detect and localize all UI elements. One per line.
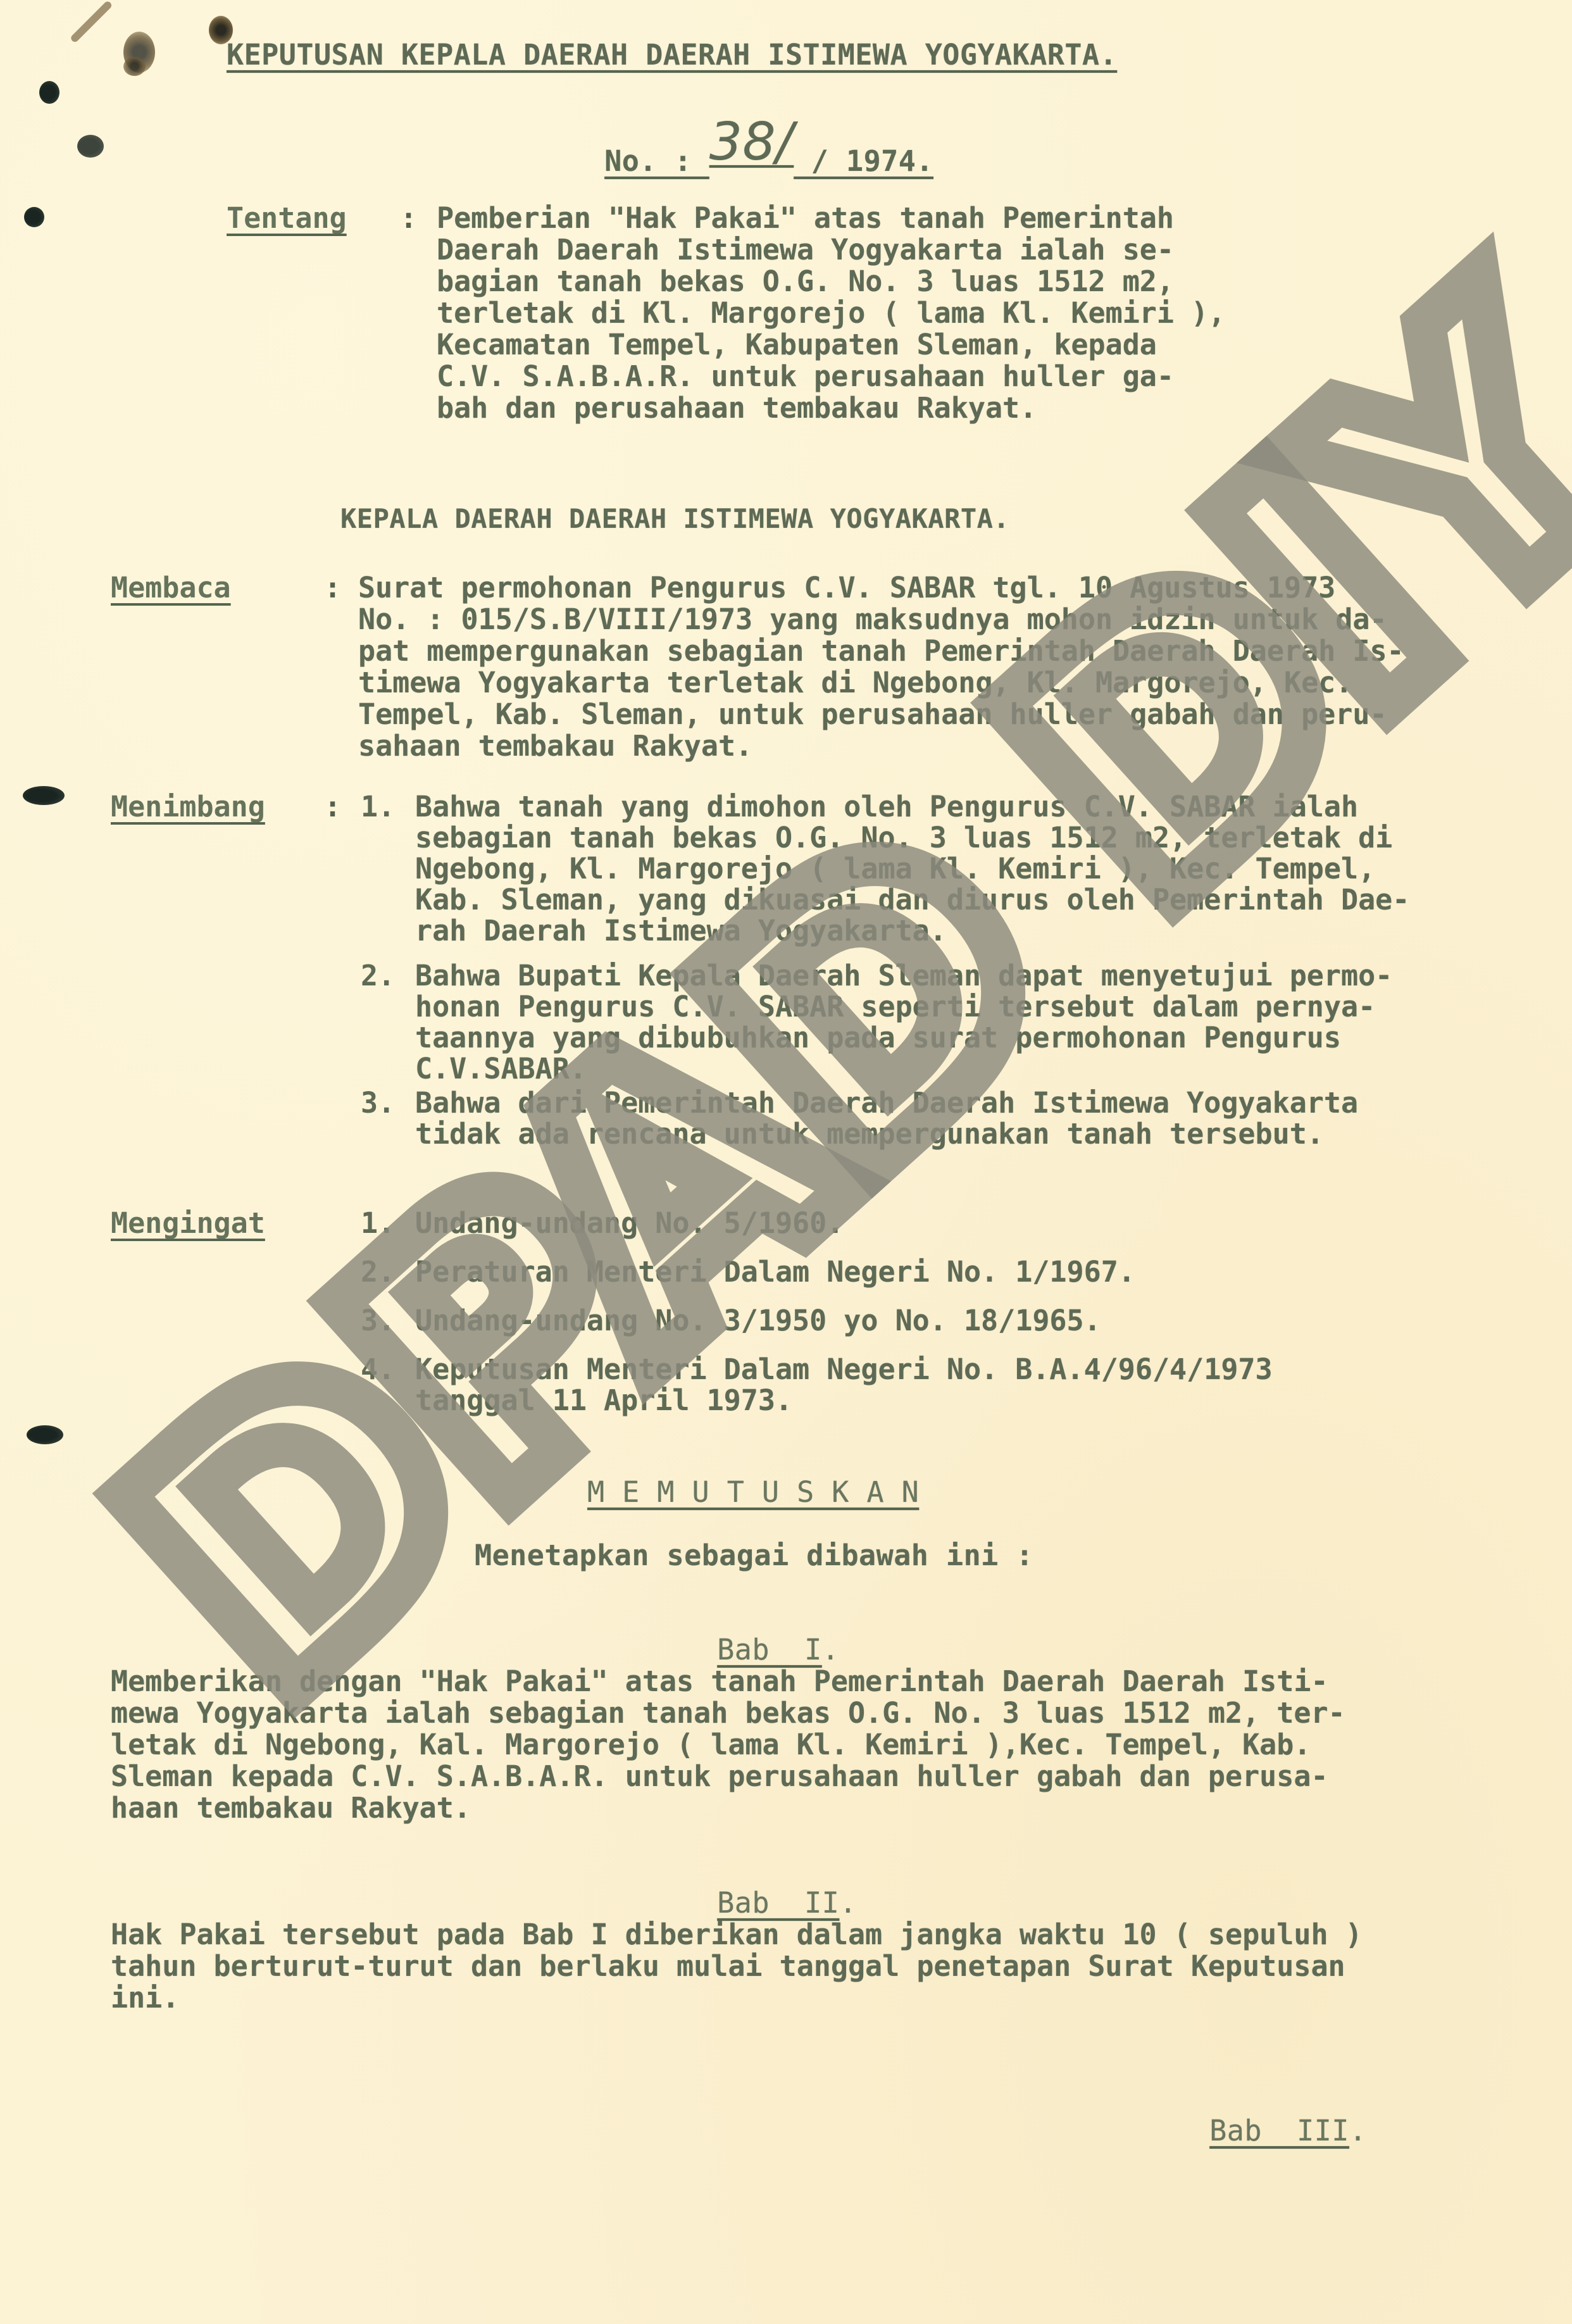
text-line: terletak di Kl. Margorejo ( lama Kl. Kem… [437, 297, 1225, 329]
text-line: C.V.SABAR. [415, 1053, 1392, 1084]
bab2-heading-dot: . [839, 1886, 857, 1920]
text-line: ini. [111, 1982, 1363, 2014]
handwritten-number: 38/ [709, 112, 794, 172]
list-item: Peraturan Menteri Dalam Negeri No. 1/196… [415, 1256, 1135, 1287]
list-number: 2. [361, 960, 395, 992]
text-line: C.V. S.A.B.A.R. untuk perusahaan huller … [437, 361, 1225, 392]
membaca-colon: : [324, 572, 341, 604]
text-line: Peraturan Menteri Dalam Negeri No. 1/196… [415, 1256, 1135, 1287]
text-line: sebagian tanah bekas O.G. No. 3 luas 151… [415, 822, 1409, 853]
menimbang-label: Menimbang [111, 791, 265, 823]
tentang-colon: : [400, 203, 417, 234]
mengingat-label: Mengingat [111, 1208, 265, 1239]
bab2-heading-text: Bab II [717, 1886, 839, 1920]
number-prefix: No. : [604, 144, 709, 178]
punch-mark [39, 81, 59, 104]
membaca-text: Surat permohonan Pengurus C.V. SABAR tgl… [358, 572, 1404, 762]
bab1-text: Memberikan dengan "Hak Pakai" atas tanah… [111, 1666, 1345, 1824]
text-line: pat mempergunakan sebagian tanah Pemerin… [358, 635, 1404, 667]
ink-stain [123, 57, 146, 76]
text-line: letak di Ngebong, Kal. Margorejo ( lama … [111, 1729, 1345, 1761]
membaca-label: Membaca [111, 572, 231, 604]
punch-hole [23, 786, 65, 805]
list-item: Undang-undang No. 5/1960. [415, 1208, 844, 1239]
text-line: Pemberian "Hak Pakai" atas tanah Pemerin… [437, 203, 1225, 234]
text-line: Undang-undang No. 3/1950 yo No. 18/1965. [415, 1305, 1101, 1336]
bab2-heading: Bab II. [682, 1856, 857, 1919]
number-year: / 1974. [794, 144, 933, 178]
list-number: 4. [361, 1354, 395, 1385]
text-line: Memberikan dengan "Hak Pakai" atas tanah… [111, 1666, 1345, 1697]
text-line: Bahwa tanah yang dimohon oleh Pengurus C… [415, 791, 1409, 822]
text-line: Bahwa dari Pemerintah Daerah Daerah Isti… [415, 1087, 1358, 1118]
list-item: Bahwa Bupati Kepala Daerah Sleman dapat … [415, 960, 1392, 1084]
punch-mark [77, 135, 104, 158]
text-line: mewa Yogyakarta ialah sebagian tanah bek… [111, 1697, 1345, 1729]
text-line: timewa Yogyakarta terletak di Ngebong, K… [358, 667, 1404, 699]
list-number: 1. [361, 1208, 395, 1239]
tentang-label: Tentang [227, 203, 347, 234]
list-item: Bahwa tanah yang dimohon oleh Pengurus C… [415, 791, 1409, 946]
bab2-text: Hak Pakai tersebut pada Bab I diberikan … [111, 1919, 1363, 2014]
bab3-heading-text: Bab III [1209, 2114, 1349, 2147]
memutuskan-heading: M E M U T U S K A N [587, 1477, 919, 1508]
text-line: Tempel, Kab. Sleman, untuk perusahaan hu… [358, 699, 1404, 730]
pencil-stroke [70, 0, 113, 44]
list-number: 2. [361, 1256, 395, 1288]
text-line: sahaan tembakau Rakyat. [358, 730, 1404, 762]
text-line: Bahwa Bupati Kepala Daerah Sleman dapat … [415, 960, 1392, 991]
text-line: Keputusan Menteri Dalam Negeri No. B.A.4… [415, 1354, 1273, 1385]
text-line: bah dan perusahaan tembakau Rakyat. [437, 392, 1225, 424]
text-line: honan Pengurus C.V. SABAR seperti terseb… [415, 991, 1392, 1022]
text-line: Sleman kepada C.V. S.A.B.A.R. untuk peru… [111, 1761, 1345, 1792]
text-line: bagian tanah bekas O.G. No. 3 luas 1512 … [437, 266, 1225, 297]
punch-hole [27, 1425, 63, 1444]
list-item: Keputusan Menteri Dalam Negeri No. B.A.4… [415, 1354, 1273, 1416]
text-line: Kecamatan Tempel, Kabupaten Sleman, kepa… [437, 329, 1225, 361]
text-line: haan tembakau Rakyat. [111, 1792, 1345, 1824]
document-title: KEPUTUSAN KEPALA DAERAH DAERAH ISTIMEWA … [227, 39, 1117, 71]
authority-heading: KEPALA DAERAH DAERAH ISTIMEWA YOGYAKARTA… [340, 503, 1009, 535]
text-line: rah Daerah Istimewa Yogyakarta. [415, 915, 1409, 946]
text-line: Hak Pakai tersebut pada Bab I diberikan … [111, 1919, 1363, 1951]
text-line: Daerah Daerah Istimewa Yogyakarta ialah … [437, 234, 1225, 266]
bab1-heading-text: Bab I [717, 1633, 822, 1666]
list-item: Bahwa dari Pemerintah Daerah Daerah Isti… [415, 1087, 1358, 1149]
text-line: Undang-undang No. 5/1960. [415, 1208, 844, 1239]
bab3-heading: Bab III. [1175, 2083, 1367, 2147]
bab1-heading: Bab I. [682, 1602, 839, 1666]
punch-mark [24, 207, 44, 227]
menetapkan-line: Menetapkan sebagai dibawah ini : [475, 1540, 1033, 1571]
decree-number: No. : 38/ / 1974. [570, 106, 933, 177]
menimbang-colon: : [324, 791, 341, 823]
text-line: No. : 015/S.B/VIII/1973 yang maksudnya m… [358, 604, 1404, 635]
text-line: Kab. Sleman, yang dikuasai dan diurus ol… [415, 884, 1409, 915]
list-number: 3. [361, 1087, 395, 1119]
text-line: Surat permohonan Pengurus C.V. SABAR tgl… [358, 572, 1404, 604]
list-number: 3. [361, 1305, 395, 1337]
list-item: Undang-undang No. 3/1950 yo No. 18/1965. [415, 1305, 1101, 1336]
text-line: tahun berturut-turut dan berlaku mulai t… [111, 1951, 1363, 1982]
bab3-heading-dot: . [1349, 2114, 1367, 2147]
text-line: tanggal 11 April 1973. [415, 1385, 1273, 1416]
list-number: 1. [361, 791, 395, 823]
bab1-heading-dot: . [822, 1633, 840, 1666]
text-line: tidak ada rencana untuk mempergunakan ta… [415, 1118, 1358, 1149]
text-line: Ngebong, Kl. Margorejo ( lama Kl. Kemiri… [415, 853, 1409, 884]
text-line: taannya yang dibubuhkan pada surat permo… [415, 1022, 1392, 1053]
tentang-text: Pemberian "Hak Pakai" atas tanah Pemerin… [437, 203, 1225, 424]
